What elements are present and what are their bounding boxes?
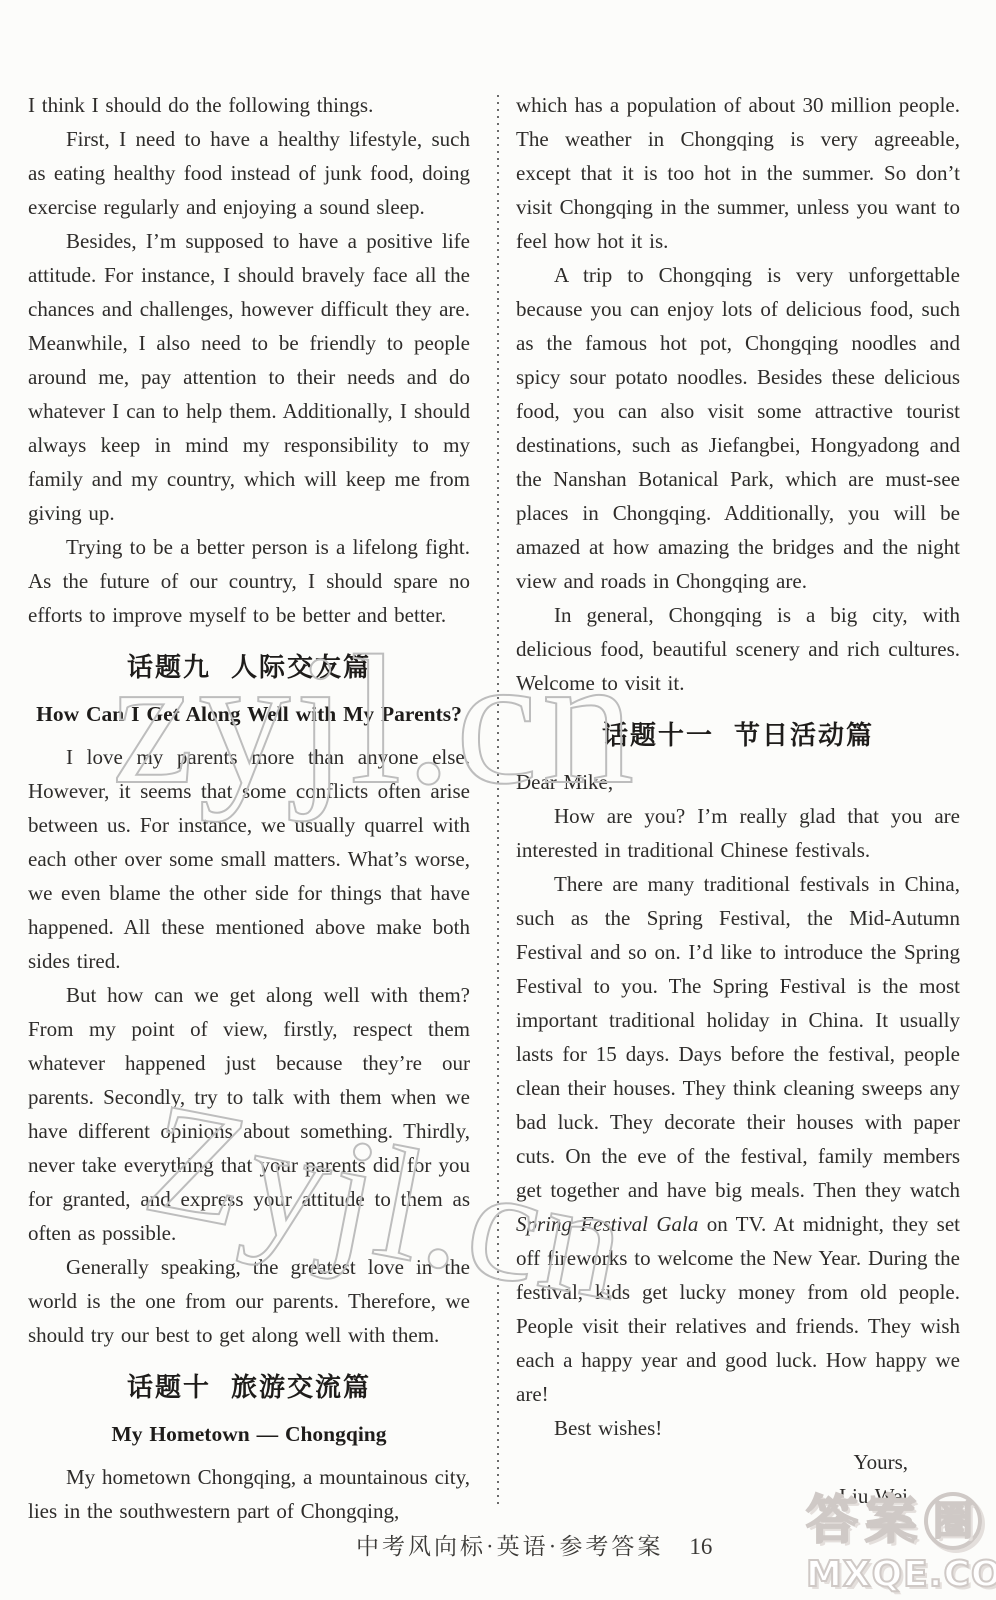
stamp-circled-char: 圈 (924, 1492, 982, 1550)
paragraph: First, I need to have a healthy lifestyl… (28, 122, 470, 224)
stamp-site-text: MXQE.COM (806, 1557, 996, 1593)
answer-stamp-text: 答 案 圈 (806, 1492, 996, 1550)
stamp-char: 答 (806, 1495, 858, 1547)
stamp-char: 案 (865, 1495, 917, 1547)
topic-heading-11: 话题十一 节日活动篇 (516, 720, 960, 752)
letter-salutation: Dear Mike, (516, 765, 960, 799)
paragraph: In general, Chongqing is a big city, wit… (516, 598, 960, 700)
paragraph: A trip to Chongqing is very unforgettabl… (516, 258, 960, 598)
essay-title-10: My Hometown — Chongqing (28, 1417, 470, 1451)
topic-heading-9: 话题九 人际交友篇 (28, 652, 470, 684)
right-column: which has a population of about 30 milli… (516, 88, 960, 1513)
topic-heading-10: 话题十 旅游交流篇 (28, 1372, 470, 1404)
column-divider (497, 95, 499, 1505)
paragraph: Trying to be a better person is a lifelo… (28, 530, 470, 632)
left-column: I think I should do the following things… (28, 88, 470, 1528)
paragraph: I love my parents more than anyone else.… (28, 740, 470, 978)
paragraph: Besides, I’m supposed to have a positive… (28, 224, 470, 530)
essay-title-9: How Can I Get Along Well with My Parents… (28, 697, 470, 731)
footer-label: 中考风向标·英语·参考答案 (356, 1534, 663, 1559)
italic-title: Spring Festival Gala (516, 1212, 698, 1236)
paragraph: My hometown Chongqing, a mountainous cit… (28, 1460, 470, 1528)
answer-stamp: 答 案 圈 MXQE.COM (806, 1492, 996, 1593)
paragraph-text: There are many traditional festivals in … (516, 872, 960, 1202)
letter-closing: Best wishes! (516, 1411, 960, 1445)
page-number: 16 (689, 1534, 712, 1559)
paragraph: There are many traditional festivals in … (516, 867, 960, 1411)
paragraph-text: on TV. At midnight, they set off firewor… (516, 1212, 960, 1406)
paragraph: How are you? I’m really glad that you ar… (516, 799, 960, 867)
scanned-answer-page: I think I should do the following things… (0, 0, 996, 1600)
paragraph: I think I should do the following things… (28, 88, 470, 122)
page-footer: 中考风向标·英语·参考答案16 (356, 1528, 712, 1561)
paragraph: which has a population of about 30 milli… (516, 88, 960, 258)
paragraph: But how can we get along well with them?… (28, 978, 470, 1250)
paragraph: Generally speaking, the greatest love in… (28, 1250, 470, 1352)
letter-signoff: Yours, (516, 1445, 960, 1479)
